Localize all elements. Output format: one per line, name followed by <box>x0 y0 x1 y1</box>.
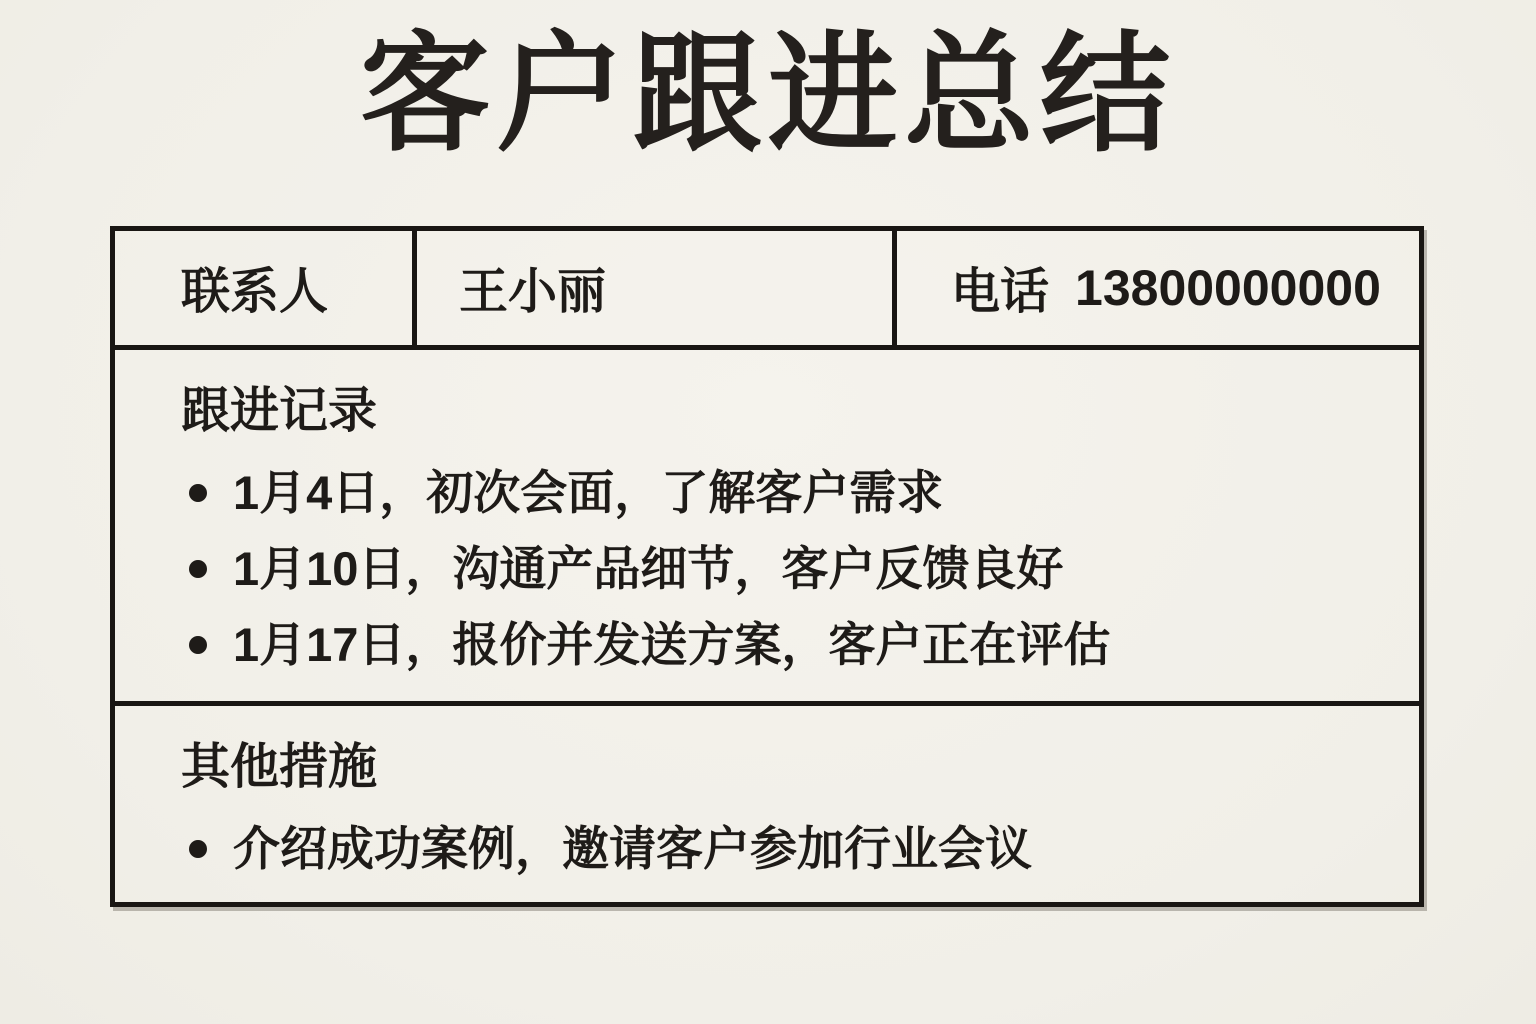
other-measures-item-text: 介绍成功案例，邀请客户参加行业会议 <box>233 811 1032 887</box>
phone-number: 13800000000 <box>1075 259 1381 317</box>
bullet-dot-icon <box>189 484 207 502</box>
summary-table: 联系人 王小丽 电话 13800000000 跟进记录 1月4日，初次会面，了解… <box>110 226 1424 907</box>
page-title: 客户跟进总结 <box>0 18 1536 171</box>
follow-up-section: 跟进记录 1月4日，初次会面，了解客户需求 1月10日，沟通产品细节，客户反馈良… <box>115 350 1419 706</box>
contact-name: 王小丽 <box>459 253 606 323</box>
bullet-dot-icon <box>189 636 207 654</box>
follow-up-item-text: 1月4日，初次会面，了解客户需求 <box>233 455 943 531</box>
contact-label-cell: 联系人 <box>115 231 412 345</box>
contact-phone-cell: 电话 13800000000 <box>892 231 1419 345</box>
phone-label: 电话 <box>951 253 1049 323</box>
follow-up-list: 1月4日，初次会面，了解客户需求 1月10日，沟通产品细节，客户反馈良好 1月1… <box>181 455 1379 683</box>
follow-up-item-text: 1月17日，报价并发送方案，客户正在评估 <box>233 607 1110 683</box>
other-measures-heading: 其他措施 <box>181 738 1379 797</box>
other-measures-list: 介绍成功案例，邀请客户参加行业会议 <box>181 811 1379 887</box>
list-item: 介绍成功案例，邀请客户参加行业会议 <box>181 811 1379 887</box>
list-item: 1月4日，初次会面，了解客户需求 <box>181 455 1379 531</box>
bullet-dot-icon <box>189 560 207 578</box>
bullet-dot-icon <box>189 840 207 858</box>
follow-up-item-text: 1月10日，沟通产品细节，客户反馈良好 <box>233 531 1063 607</box>
contact-row: 联系人 王小丽 电话 13800000000 <box>115 231 1419 350</box>
follow-up-heading: 跟进记录 <box>181 382 1379 441</box>
other-measures-section: 其他措施 介绍成功案例，邀请客户参加行业会议 <box>115 706 1419 902</box>
contact-label: 联系人 <box>181 253 328 323</box>
contact-name-cell: 王小丽 <box>412 231 892 345</box>
list-item: 1月17日，报价并发送方案，客户正在评估 <box>181 607 1379 683</box>
list-item: 1月10日，沟通产品细节，客户反馈良好 <box>181 531 1379 607</box>
